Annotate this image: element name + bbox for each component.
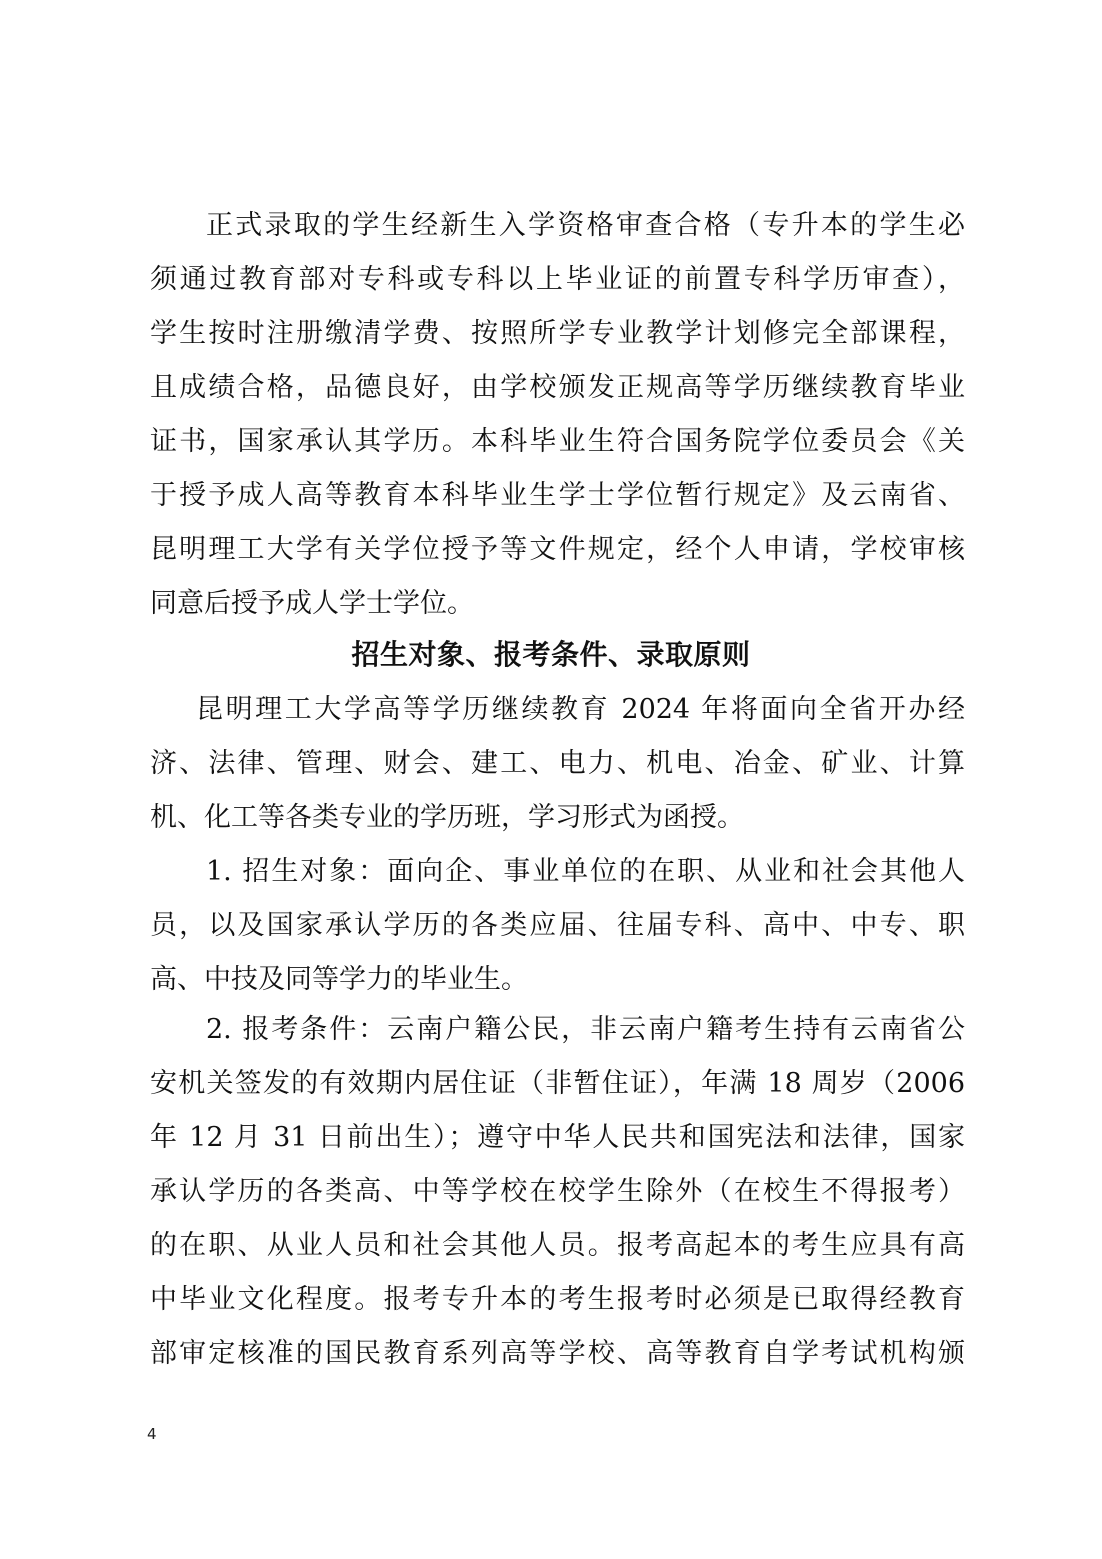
text-line: 机、化工等各类专业的学历班，学习形式为函授。 [150,791,744,845]
text-line: 同意后授予成人学士学位。 [150,577,474,631]
text-line: 2. 报考条件：云南户籍公民，非云南户籍考生持有云南省公 [206,1003,965,1057]
text-line: 中毕业文化程度。报考专升本的考生报考时必须是已取得经教育 [150,1273,965,1327]
text-line: 须通过教育部对专科或专科以上毕业证的前置专科学历审查）， [150,253,965,307]
text-line: 昆明理工大学高等学历继续教育 2024 年将面向全省开办经 [196,683,965,737]
text-line: 昆明理工大学有关学位授予等文件规定，经个人申请，学校审核 [150,523,965,577]
text-line: 承认学历的各类高、中等学校在校学生除外（在校生不得报考） [150,1165,965,1219]
text-line: 年 12 月 31 日前出生）；遵守中华人民共和国宪法和法律，国家 [150,1111,965,1165]
text-line: 济、法律、管理、财会、建工、电力、机电、冶金、矿业、计算 [150,737,965,791]
text-line: 于授予成人高等教育本科毕业生学士学位暂行规定》及云南省、 [150,469,965,523]
section-heading: 招生对象、报考条件、录取原则 [0,628,1102,682]
page-number: 4 [147,1425,157,1443]
text-line: 高、中技及同等学力的毕业生。 [150,953,528,1007]
text-line: 安机关签发的有效期内居住证（非暂住证），年满 18 周岁（2006 [150,1057,965,1111]
text-line: 员，以及国家承认学历的各类应届、往届专科、高中、中专、职 [150,899,965,953]
document-page: 正式录取的学生经新生入学资格审查合格（专升本的学生必 须通过教育部对专科或专科以… [0,0,1102,1559]
text-line: 1. 招生对象：面向企、事业单位的在职、从业和社会其他人 [206,845,965,899]
text-line: 部审定核准的国民教育系列高等学校、高等教育自学考试机构颁 [150,1327,965,1381]
text-line: 学生按时注册缴清学费、按照所学专业教学计划修完全部课程， [150,307,965,361]
text-line: 正式录取的学生经新生入学资格审查合格（专升本的学生必 [206,199,965,253]
text-line: 且成绩合格，品德良好，由学校颁发正规高等学历继续教育毕业 [150,361,965,415]
text-line: 证书，国家承认其学历。本科毕业生符合国务院学位委员会《关 [150,415,965,469]
text-line: 的在职、从业人员和社会其他人员。报考高起本的考生应具有高 [150,1219,965,1273]
